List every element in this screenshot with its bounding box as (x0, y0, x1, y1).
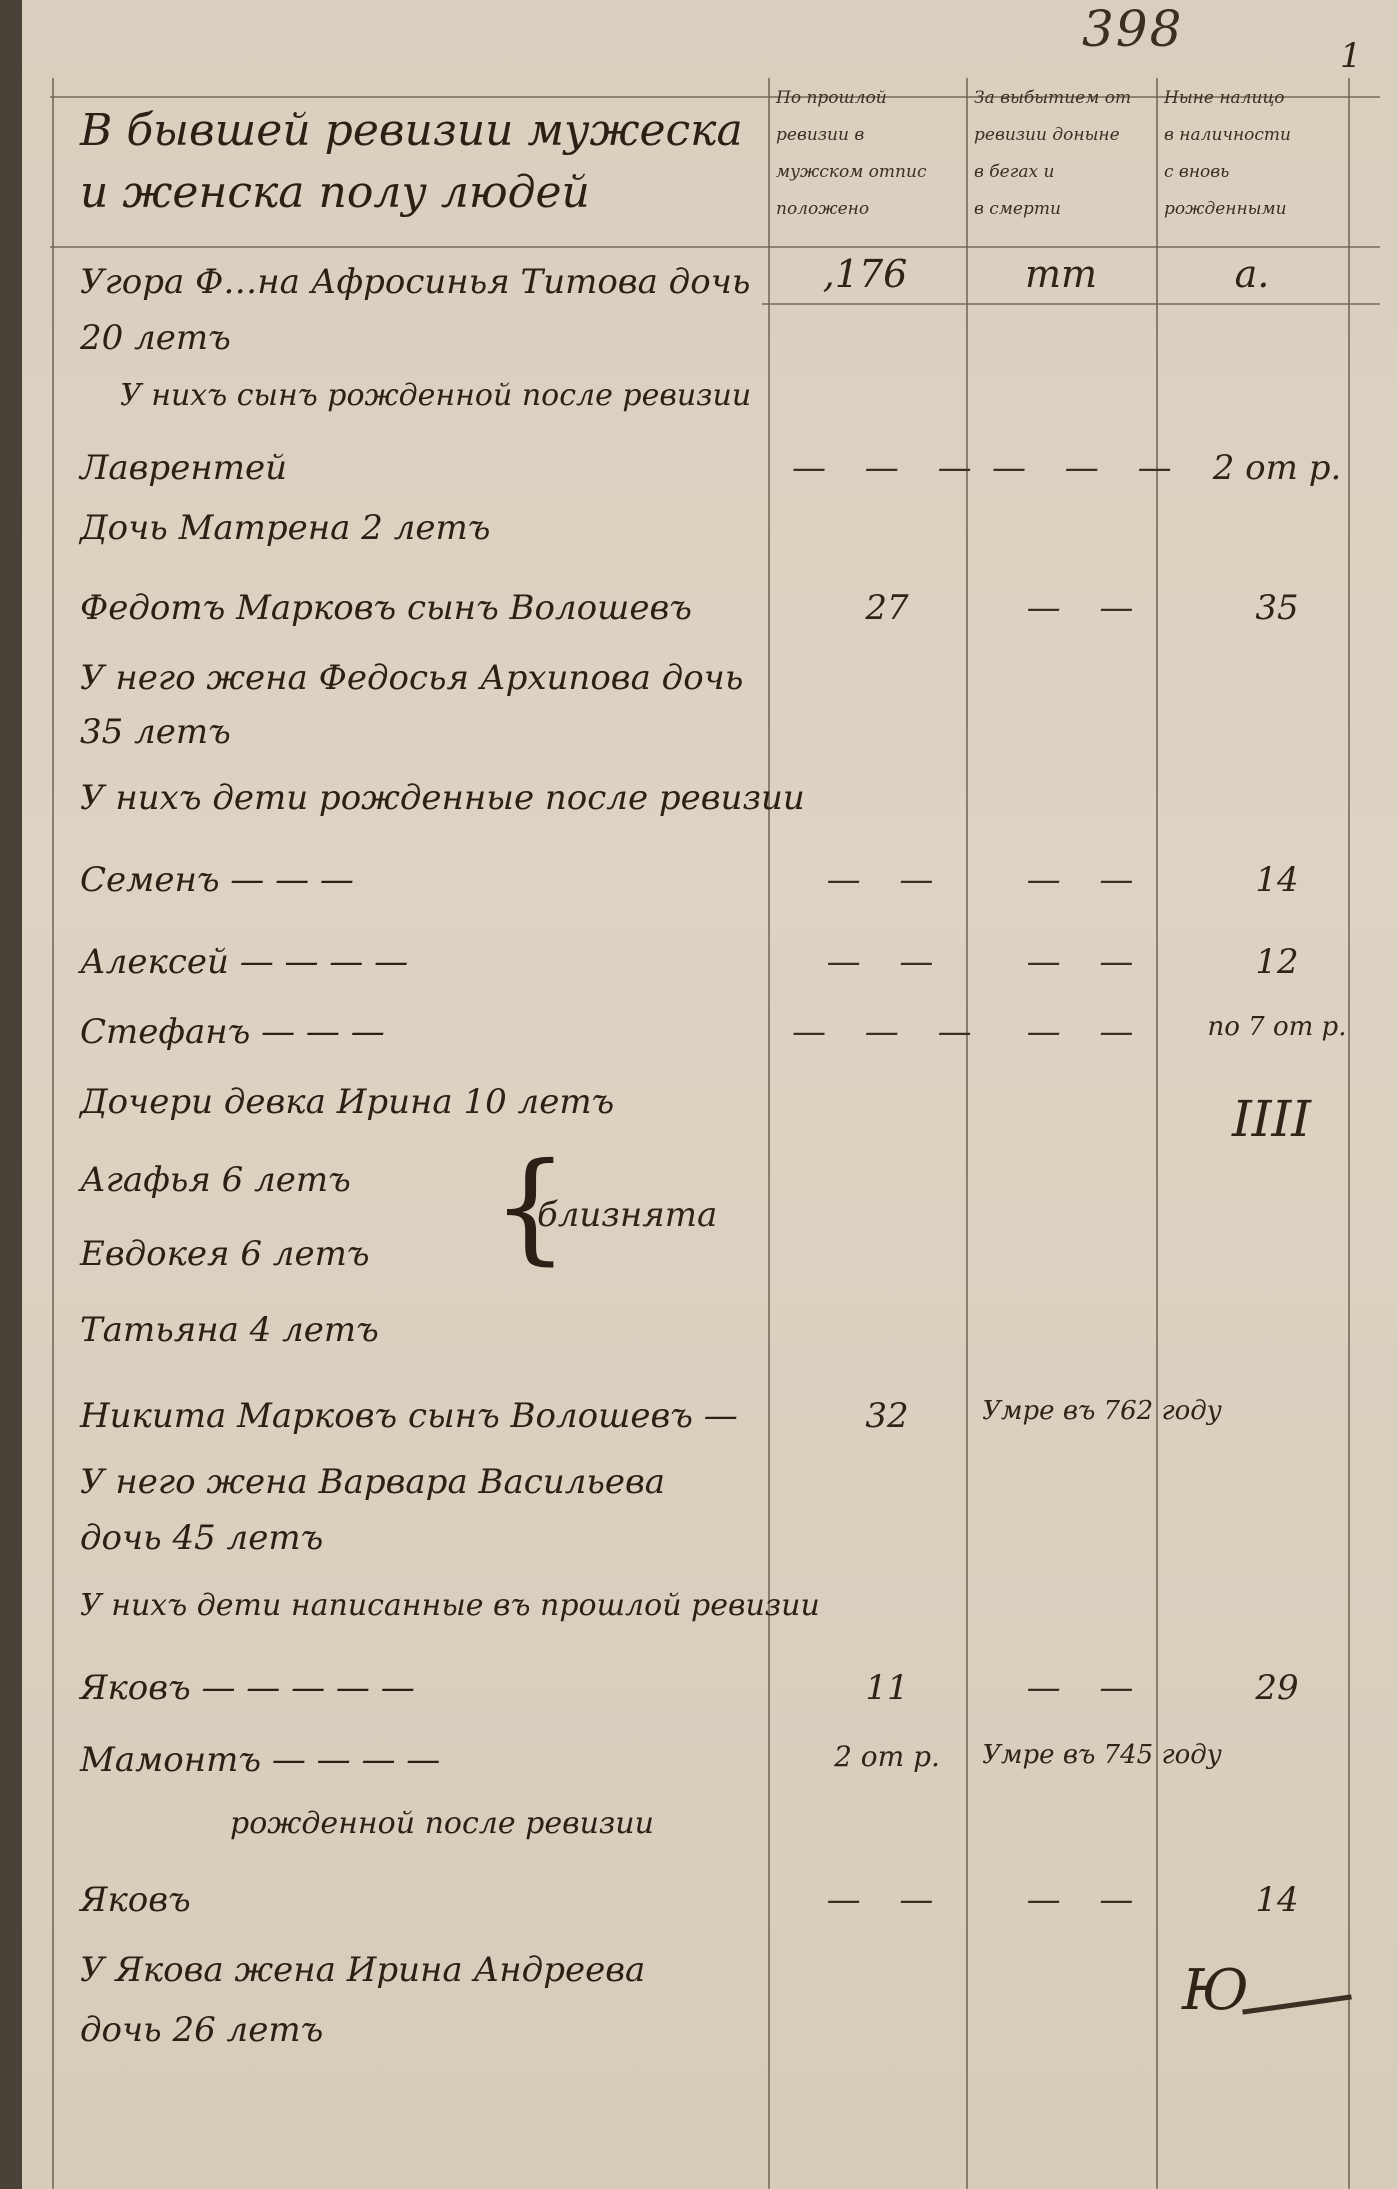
column-header-1: По прошлой ревизии в мужском отпис полож… (770, 80, 966, 228)
header-text: в бегах и (974, 154, 1160, 191)
title-line-1: В бывшей ревизии мужеска (80, 100, 760, 162)
entry-name: 35 летъ (80, 712, 780, 752)
entry-name: Лаврентей (80, 448, 780, 488)
header-text: По прошлой (776, 80, 966, 117)
entry-name: У Якова жена Ирина Андреева (80, 1950, 780, 1990)
entry-name: Евдокея 6 летъ (80, 1234, 780, 1274)
left-margin-rule (52, 78, 54, 2189)
entry-name: Мамонтъ — — — — (80, 1740, 780, 1780)
entry-col-3: 2 от р. (1182, 448, 1372, 488)
entry-name: Агафья 6 летъ (80, 1160, 780, 1200)
entry-row: 35 летъ (80, 712, 1380, 770)
entry-name: У нихъ дети написанные въ прошлой ревизи… (80, 1588, 780, 1623)
header-text: За выбытием от (974, 80, 1160, 117)
entry-col-3: 14 (1182, 1880, 1372, 1920)
entry-name: Яковъ (80, 1880, 780, 1920)
entry-row: Никита Марковъ сынъ Волошевъ — 32 Умре в… (80, 1396, 1380, 1454)
entry-name: 20 летъ (80, 318, 780, 358)
entry-row: У нихъ дети рожденные после ревизии (80, 778, 1380, 836)
header-text: ревизии донынe (974, 117, 1160, 154)
entry-col-2: — — (992, 1880, 1182, 1920)
entry-row: У нихъ сынъ рожденной после ревизии (80, 378, 1380, 436)
entry-row: Дочери девка Ирина 10 летъ (80, 1082, 1380, 1140)
entry-row: Стефанъ — — — — — — — — по 7 от р. (80, 1012, 1380, 1070)
entry-row: Лаврентей — — — — — — 2 от р. (80, 448, 1380, 506)
entry-col-1: — — — (792, 448, 982, 488)
entry-col-3: 12 (1182, 942, 1372, 982)
entry-row: рожденной после ревизии (80, 1806, 1380, 1864)
entry-col-3: по 7 от р. (1182, 1012, 1372, 1042)
entry-row: Яковъ — — — — — 11 — — 29 (80, 1668, 1380, 1726)
entry-col-3: 14 (1182, 860, 1372, 900)
entry-name: Федотъ Марковъ сынъ Волошевъ (80, 588, 780, 628)
header-text: мужском отпис (776, 154, 966, 191)
entry-name: Дочери девка Ирина 10 летъ (80, 1082, 780, 1122)
entry-col-2: — — (992, 588, 1182, 628)
entry-name: рожденной после ревизии (230, 1806, 930, 1841)
entry-row: Евдокея 6 летъ (80, 1234, 1380, 1292)
entry-name: Угора Ф…на Афросинья Титова дочь (80, 262, 780, 302)
header-text: в наличности (1164, 117, 1352, 154)
entry-row: Агафья 6 летъ (80, 1160, 1380, 1218)
column-header-3: Ныне налицо в наличности с вновь рожденн… (1158, 80, 1352, 228)
entry-row: У него жена Федосья Архипова дочь (80, 658, 1380, 716)
entry-row: 20 летъ (80, 318, 1380, 376)
entry-col-1: — — (792, 860, 982, 900)
header-text: в смерти (974, 191, 1160, 228)
entry-name: У него жена Варвара Васильева (80, 1462, 780, 1502)
entry-row: Семенъ — — — — — — — 14 (80, 860, 1380, 918)
entry-row: У нихъ дети написанные въ прошлой ревизи… (80, 1588, 1380, 1646)
entry-col-1: — — (792, 1880, 982, 1920)
entry-row: Федотъ Марковъ сынъ Волошевъ 27 — — 35 (80, 588, 1380, 646)
title-line-2: и женска полу людей (80, 162, 760, 224)
entry-col-2: Умре въ 762 году (972, 1396, 1232, 1426)
entry-row: У него жена Варвара Васильева (80, 1462, 1380, 1520)
entry-name: Алексей — — — — (80, 942, 780, 982)
signature-mark: Ю (1182, 1958, 1249, 2023)
entry-name: Дочь Матрена 2 летъ (80, 508, 780, 548)
entry-name: Никита Марковъ сынъ Волошевъ — (80, 1396, 780, 1436)
entry-row: Алексей — — — — — — — — 12 (80, 942, 1380, 1000)
entry-col-3: 29 (1182, 1668, 1372, 1708)
entry-col-2: — — (992, 1012, 1182, 1052)
folio-number: 398 (1082, 0, 1183, 58)
entry-name: У нихъ сынъ рожденной после ревизии (120, 378, 820, 413)
entry-col-2: — — (992, 942, 1182, 982)
entry-col-1: 2 от р. (792, 1740, 982, 1773)
entry-col-1: 11 (792, 1668, 982, 1708)
entry-row: Угора Ф…на Афросинья Титова дочь (80, 262, 1380, 320)
corner-mark: 1 (1340, 36, 1362, 76)
entry-col-2: — — (992, 860, 1182, 900)
entry-row: Дочь Матрена 2 летъ (80, 508, 1380, 566)
entry-name: У нихъ дети рожденные после ревизии (80, 778, 780, 818)
entry-name: У него жена Федосья Архипова дочь (80, 658, 780, 698)
header-text: рожденными (1164, 191, 1352, 228)
entry-col-1: 32 (792, 1396, 982, 1436)
header-rule (50, 246, 1380, 248)
entry-col-1: — — (792, 942, 982, 982)
entry-name: Семенъ — — — (80, 860, 780, 900)
header-text: Ныне налицо (1164, 80, 1352, 117)
census-page: 398 1 В бывшей ревизии мужеска и женска … (22, 0, 1398, 2189)
entry-row: Мамонтъ — — — — 2 от р. Умре въ 745 году (80, 1740, 1380, 1798)
entry-col-2: — — (992, 1668, 1182, 1708)
entry-name: дочь 45 летъ (80, 1518, 780, 1558)
entry-row: дочь 45 летъ (80, 1518, 1380, 1576)
entry-col-1: — — — (792, 1012, 982, 1052)
entry-col-3: 35 (1182, 588, 1372, 628)
entry-name: Яковъ — — — — — (80, 1668, 780, 1708)
twins-label: близнята (537, 1195, 717, 1235)
column-header-2: За выбытием от ревизии донынe в бегах и … (968, 80, 1160, 228)
entry-col-1: 27 (792, 588, 982, 628)
entry-row: Яковъ — — — — 14 (80, 1880, 1380, 1938)
entry-row: Татьяна 4 летъ (80, 1310, 1380, 1368)
entry-col-2: — — — (992, 448, 1182, 488)
entry-name: Стефанъ — — — (80, 1012, 780, 1052)
page-title: В бывшей ревизии мужеска и женска полу л… (80, 100, 760, 224)
header-text: положено (776, 191, 966, 228)
header-text: ревизии в (776, 117, 966, 154)
entry-name: Татьяна 4 летъ (80, 1310, 780, 1350)
tally-mark: ІІІІ (1232, 1090, 1311, 1148)
entry-name: дочь 26 летъ (80, 2010, 780, 2050)
book-binding (0, 0, 22, 2189)
entry-col-2: Умре въ 745 году (972, 1740, 1232, 1770)
header-text: с вновь (1164, 154, 1352, 191)
